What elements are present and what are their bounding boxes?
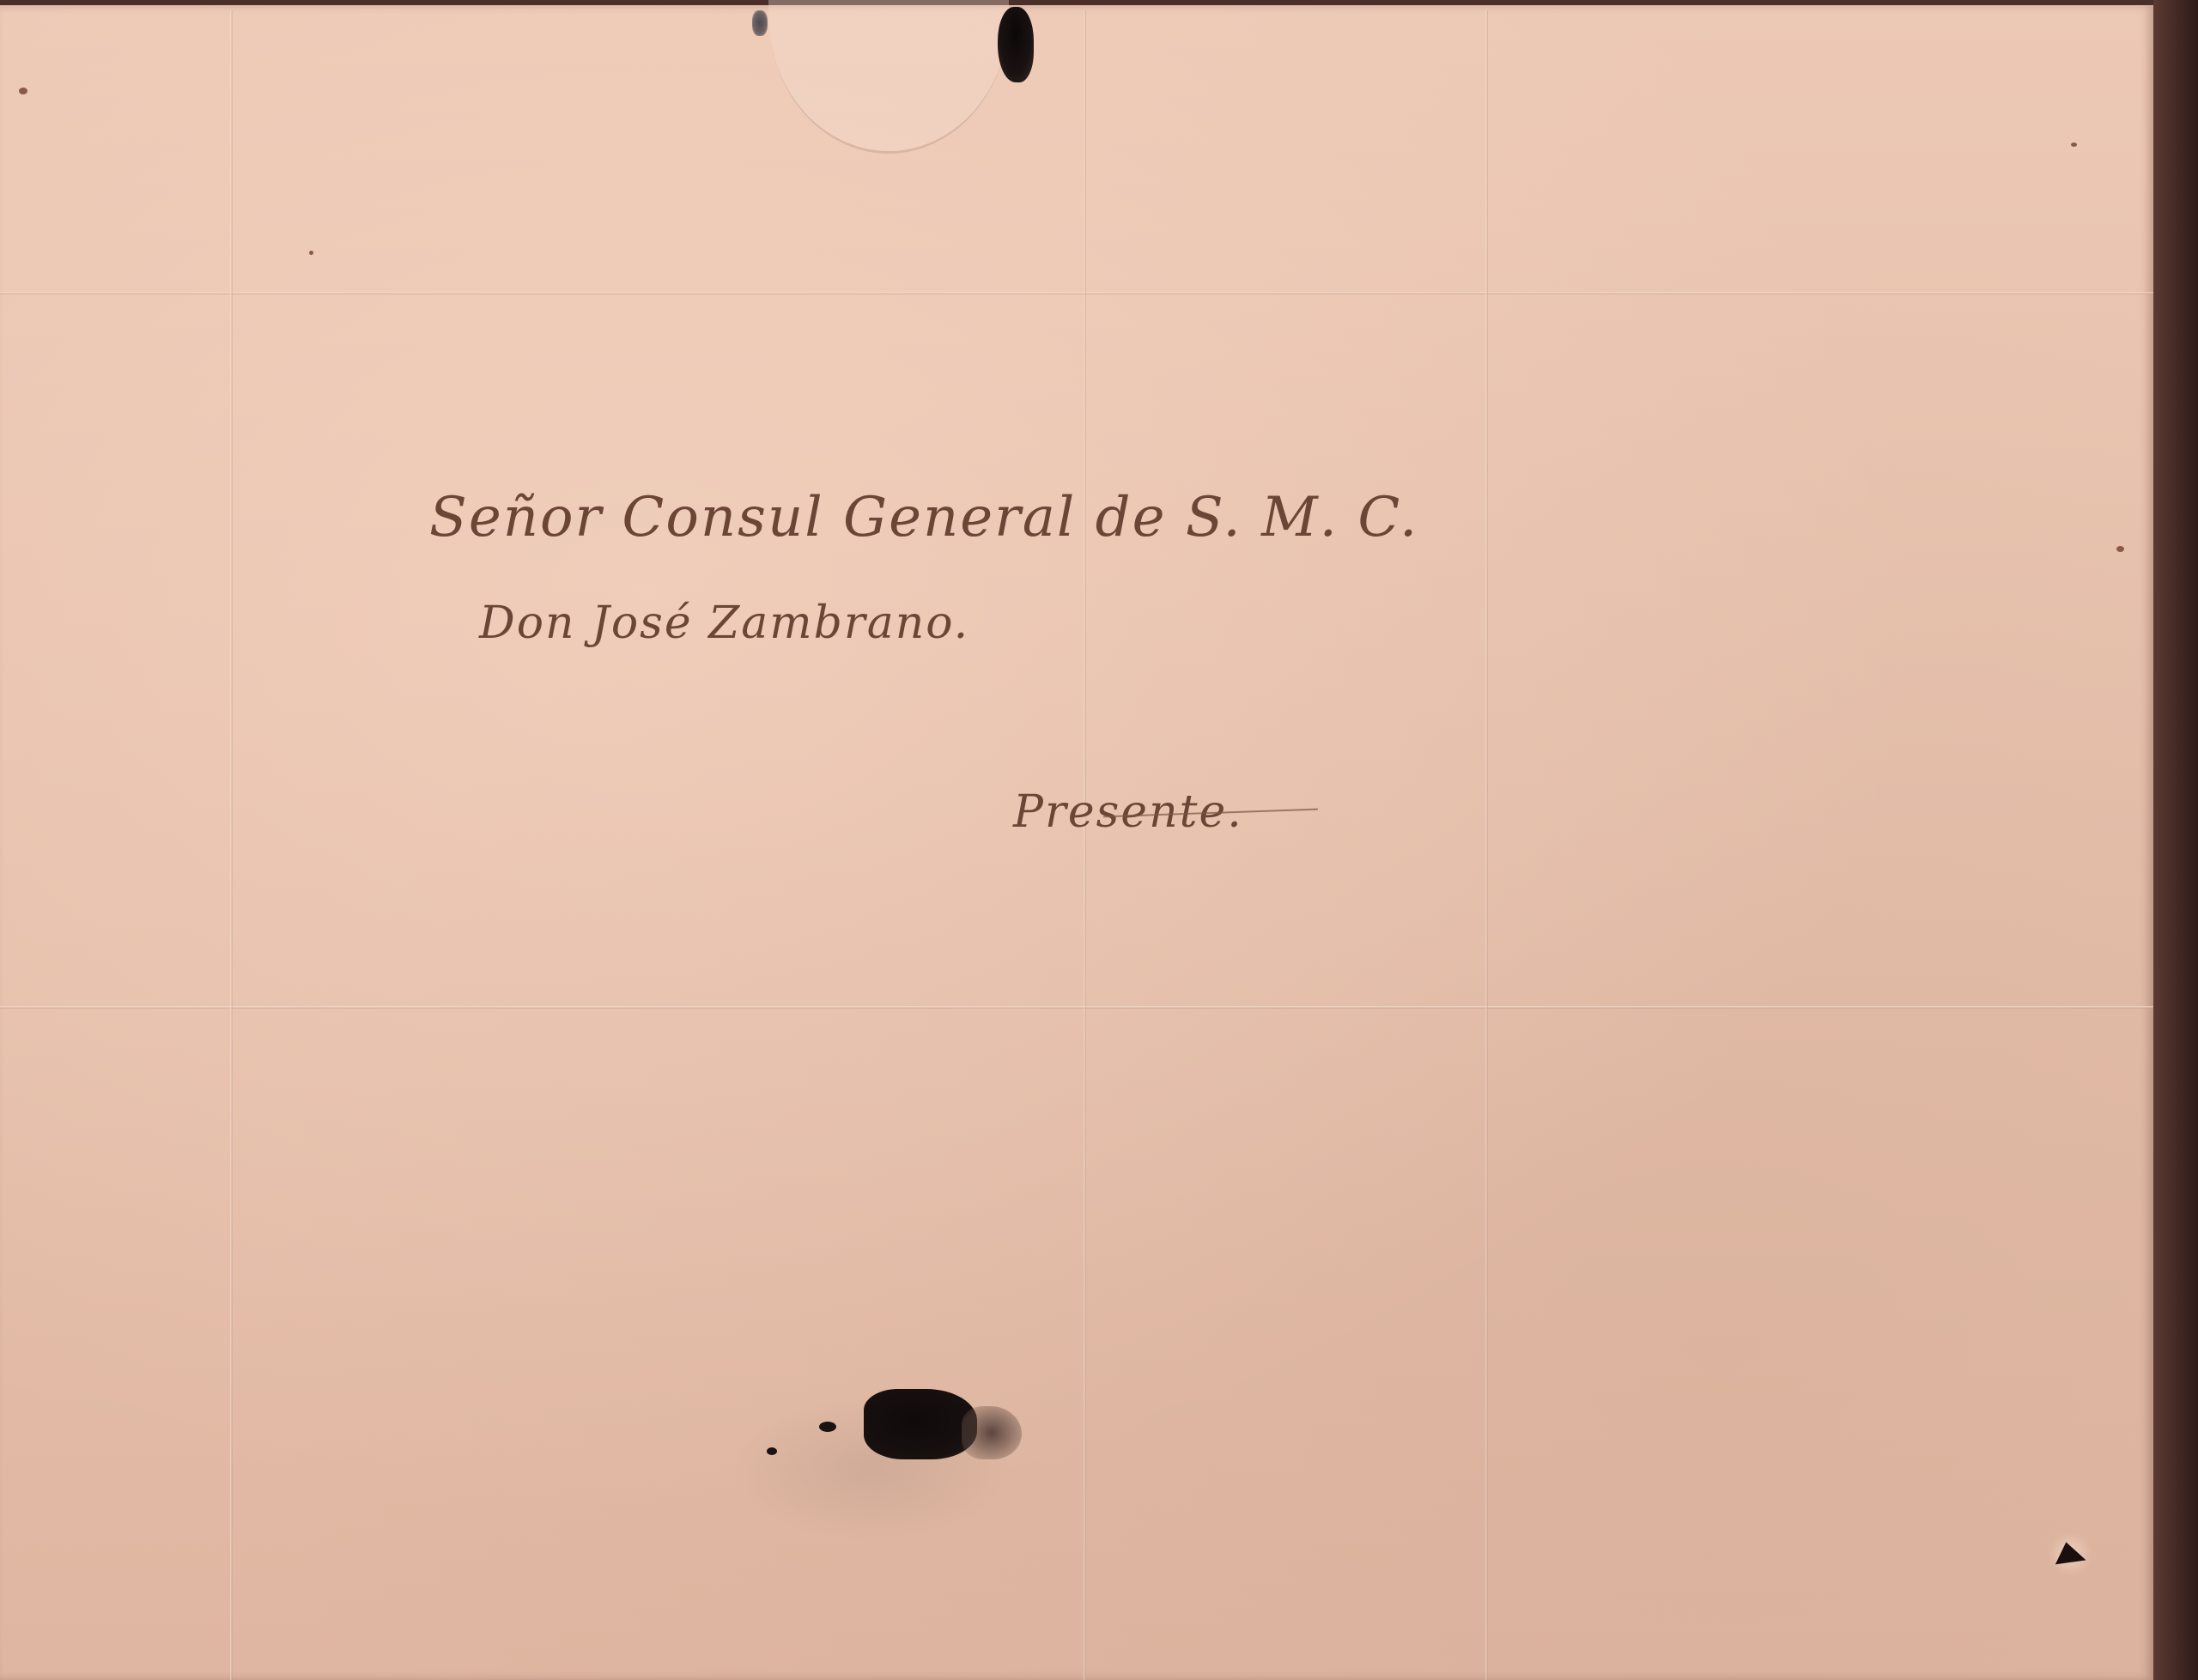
fold-line-vertical-right xyxy=(1485,10,1488,1680)
foxing-speck xyxy=(19,88,27,94)
fold-line-vertical-center xyxy=(1084,10,1086,1680)
wax-seal-bottom-icon xyxy=(864,1389,977,1459)
foxing-speck xyxy=(2071,143,2077,147)
address-line-recipient-title: Señor Consul General de S. M. C. xyxy=(429,486,1418,549)
wax-smear xyxy=(962,1406,1022,1459)
triangular-hole-icon xyxy=(2053,1540,2086,1565)
seal-impression-curve xyxy=(768,0,1009,154)
foxing-speck xyxy=(309,251,313,255)
paper-sheet: Señor Consul General de S. M. C. Don Jos… xyxy=(0,5,2153,1680)
wax-speck xyxy=(819,1422,836,1432)
document-photo: Señor Consul General de S. M. C. Don Jos… xyxy=(0,0,2198,1680)
wax-seal-top-icon xyxy=(998,7,1034,82)
wax-speck xyxy=(767,1447,777,1455)
fold-line-vertical-left xyxy=(230,10,233,1680)
fold-line-horizontal-top xyxy=(0,292,2153,294)
foxing-speck xyxy=(2116,546,2124,552)
fold-line-horizontal-middle xyxy=(0,1006,2153,1009)
background-right-edge xyxy=(2153,0,2198,1680)
wax-fragment-small-icon xyxy=(752,10,768,36)
address-line-recipient-name: Don José Zambrano. xyxy=(479,597,969,649)
